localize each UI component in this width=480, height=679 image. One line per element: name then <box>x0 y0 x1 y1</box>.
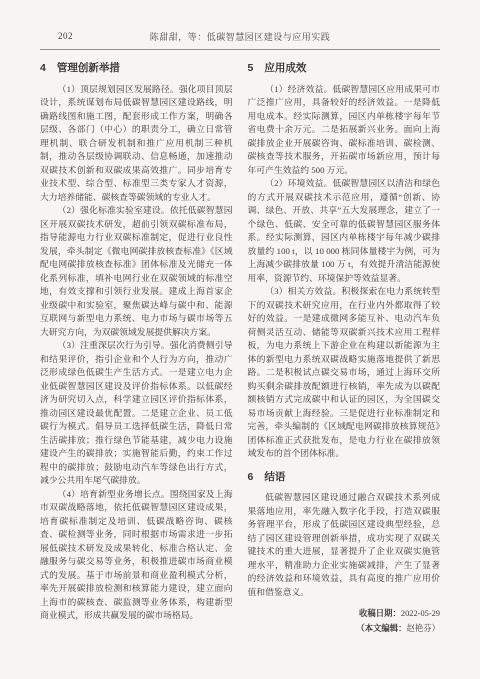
page-number: 202 <box>58 31 73 41</box>
received-date-value: 2022-05-29 <box>401 609 440 618</box>
paragraph: 低碳智慧园区建设通过融合双碳技术系列成果落地应用，率先融入数字化手段，打造双碳服… <box>248 491 441 599</box>
section-number: 6 <box>248 471 254 485</box>
section-number: 4 <box>40 62 46 76</box>
editor-name: 赵艳芬） <box>407 624 441 633</box>
article-footnotes: 收稿日期：2022-05-29 （本文编辑：赵艳芬） <box>248 606 441 636</box>
right-column: 5 应用成效 （1）经济效益。低碳智慧园区应用成果可市广泛推广应用，具备较好的经… <box>248 59 441 636</box>
editor-label: （本文编辑： <box>356 623 406 633</box>
section-5-heading: 5 应用成效 <box>248 62 441 76</box>
paragraph: （4）培育新型业务增长点。围绕国家及上海市双碳战略落地，依托低碳智慧园区建设成果… <box>40 488 233 623</box>
section-title: 应用成效 <box>264 62 306 76</box>
section-number: 5 <box>248 62 254 76</box>
section-title: 结语 <box>264 471 285 485</box>
page-header: 202 陈甜甜，等：低碳智慧园区建设与应用实践 <box>40 30 440 50</box>
received-date-label: 收稿日期： <box>359 608 401 618</box>
journal-page: 202 陈甜甜，等：低碳智慧园区建设与应用实践 4 管理创新举措 （1）顶层规划… <box>0 0 480 679</box>
section-4-heading: 4 管理创新举措 <box>40 62 233 76</box>
section-6-heading: 6 结语 <box>248 471 441 485</box>
editor-line: （本文编辑：赵艳芬） <box>248 621 441 636</box>
paragraph: （1）顶层规划园区发展路径。强化项目顶层设计，系统谋划布局低碳智慧园区建设路线，… <box>40 83 233 205</box>
left-column: 4 管理创新举措 （1）顶层规划园区发展路径。强化项目顶层设计，系统谋划布局低碳… <box>40 59 233 636</box>
paragraph: （3）相关方效益。积极探索在电力系统转型下的双碳技术研究应用，在行业内外都取得了… <box>248 285 441 461</box>
paragraph: （2）强化标准实验室建设。依托低碳智慧园区开展双碳技术研发，超前引领双碳标准布局… <box>40 204 233 339</box>
paragraph: （3）注重深层次行为引导。强化消费侧引导和结果评价，指引企业和个人行为方向，推动… <box>40 339 233 488</box>
section-title: 管理创新举措 <box>57 62 120 76</box>
two-column-body: 4 管理创新举措 （1）顶层规划园区发展路径。强化项目顶层设计，系统谋划布局低碳… <box>40 59 440 636</box>
paragraph: （2）环境效益。低碳智慧园区以清洁和绿色的方式开展双碳技术示范应用，遵循“创新、… <box>248 177 441 285</box>
received-date-line: 收稿日期：2022-05-29 <box>248 606 441 621</box>
paragraph: （1）经济效益。低碳智慧园区应用成果可市广泛推广应用，具备较好的经济效益。一是降… <box>248 83 441 178</box>
running-title: 陈甜甜，等：低碳智慧园区建设与应用实践 <box>40 30 440 43</box>
